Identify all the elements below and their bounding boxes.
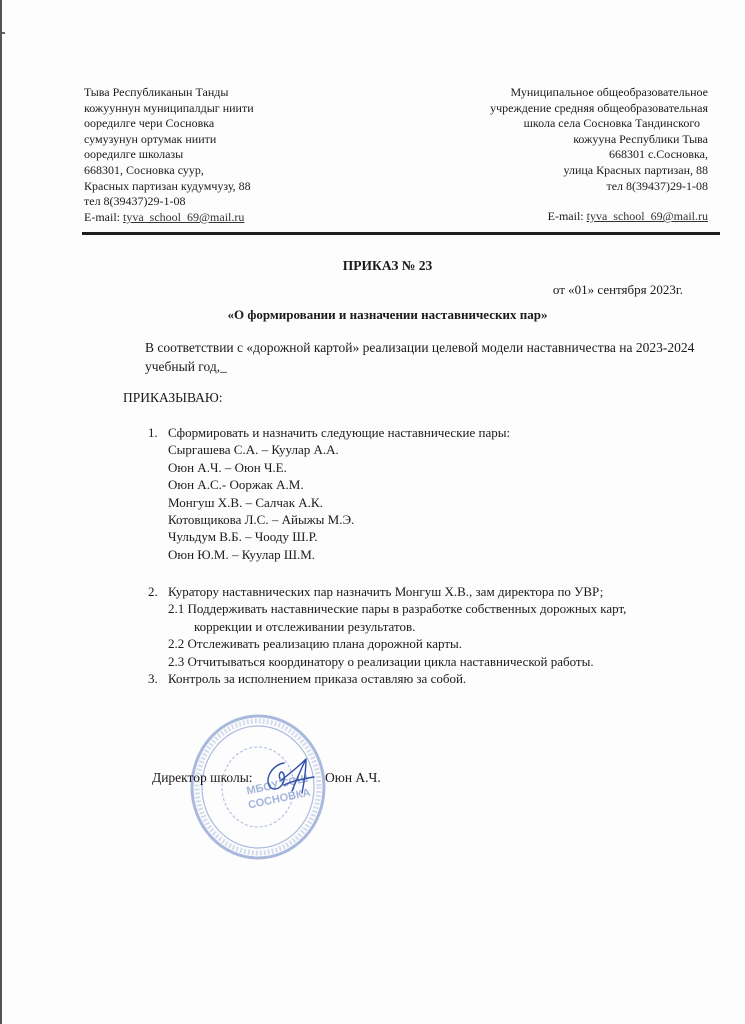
email-label: E-mail: xyxy=(84,210,123,224)
item-number: 1. xyxy=(148,424,168,441)
letterhead-email-row: E-mail: tyva_school_69@mail.ru xyxy=(490,209,708,225)
email-label: E-mail: xyxy=(548,209,587,223)
order-directive: ПРИКАЗЫВАЮ: xyxy=(123,390,223,406)
subitem-2-1: 2.1 Поддерживать наставнические пары в р… xyxy=(148,600,718,635)
order-subject: «О формировании и назначении наставничес… xyxy=(0,307,745,323)
item-1-heading: 1.Сформировать и назначить следующие нас… xyxy=(148,424,510,441)
subitem-2-3: 2.3 Отчитываться координатору о реализац… xyxy=(148,653,718,670)
mentor-pair: Оюн А.С.- Ооржак А.М. xyxy=(148,476,510,493)
item-number: 2. xyxy=(148,583,168,600)
letterhead-email-row: E-mail: tyva_school_69@mail.ru xyxy=(84,210,254,226)
letterhead-line: Красных партизан кудумчузу, 88 xyxy=(84,179,254,195)
scan-edge xyxy=(0,0,2,1024)
letterhead-line: тел 8(39437)29-1-08 xyxy=(490,179,708,195)
email-link[interactable]: tyva_school_69@mail.ru xyxy=(123,210,244,224)
item-2-and-3: 2.Куратору наставнических пар назначить … xyxy=(148,583,718,687)
letterhead-line: сумузунун ортумак ниити xyxy=(84,132,254,148)
letterhead-line: ооредилге школазы xyxy=(84,147,254,163)
letterhead-line: Муниципальное общеобразовательное xyxy=(490,85,708,101)
mentor-pair: Чульдум В.Б. – Чооду Ш.Р. xyxy=(148,528,510,545)
spacer xyxy=(490,194,708,209)
letterhead-line: тел 8(39437)29-1-08 xyxy=(84,194,254,210)
scan-artifact xyxy=(2,32,5,34)
letterhead-line: ооредилге чери Сосновка xyxy=(84,116,254,132)
subitem-text: 2.2 Отслеживать реализацию плана дорожно… xyxy=(168,635,718,652)
subitem-text: 2.3 Отчитываться координатору о реализац… xyxy=(168,653,718,670)
letterhead-line: улица Красных партизан, 88 xyxy=(490,163,708,179)
item-1: 1.Сформировать и назначить следующие нас… xyxy=(148,424,510,563)
order-title: ПРИКАЗ № 23 xyxy=(0,258,745,274)
letterhead-divider xyxy=(82,232,720,235)
item-text: Сформировать и назначить следующие наста… xyxy=(168,425,510,440)
item-3-heading: 3.Контроль за исполнением приказа оставл… xyxy=(148,670,718,687)
subitem-text: 2.1 Поддерживать наставнические пары в р… xyxy=(168,600,718,617)
mentor-pair: Котовщикова Л.С. – Айыжы М.Э. xyxy=(148,511,510,528)
order-date: от «01» сентября 2023г. xyxy=(553,282,683,298)
letterhead-left: Тыва Республиканын Танды кожууннун муниц… xyxy=(84,85,254,225)
letterhead-line: 668301 с.Сосновка, xyxy=(490,147,708,163)
order-preamble: В соответствии с «дорожной картой» реали… xyxy=(145,338,715,376)
letterhead-line: учреждение средняя общеобразовательная xyxy=(490,101,708,117)
item-2-heading: 2.Куратору наставнических пар назначить … xyxy=(148,583,718,600)
letterhead-right: Муниципальное общеобразовательное учрежд… xyxy=(490,85,708,225)
letterhead-line: Тыва Республиканын Танды xyxy=(84,85,254,101)
item-text: Куратору наставнических пар назначить Мо… xyxy=(168,584,603,599)
letterhead-line: 668301, Сосновка суур, xyxy=(84,163,254,179)
mentor-pair: Оюн Ю.М. – Куулар Ш.М. xyxy=(148,546,510,563)
subitem-continuation: коррекции и отслеживании результатов. xyxy=(168,618,718,635)
item-text: Контроль за исполнением приказа оставляю… xyxy=(168,671,466,686)
mentor-pair: Оюн А.Ч. – Оюн Ч.Е. xyxy=(148,459,510,476)
mentor-pair: Монгуш Х.В. – Салчак А.К. xyxy=(148,494,510,511)
letterhead-line: кожууннун муниципалдыг ниити xyxy=(84,101,254,117)
email-link[interactable]: tyva_school_69@mail.ru xyxy=(587,209,708,223)
signatory-name: Оюн А.Ч. xyxy=(325,770,381,786)
signature-position: Директор школы: xyxy=(152,770,253,786)
handwritten-signature-icon xyxy=(262,757,318,795)
mentor-pair: Сыргашева С.А. – Куулар А.А. xyxy=(148,441,510,458)
letterhead-line: школа села Сосновка Тандинского xyxy=(490,116,708,132)
letterhead-line: кожууна Республики Тыва xyxy=(490,132,708,148)
item-number: 3. xyxy=(148,670,168,687)
subitem-2-2: 2.2 Отслеживать реализацию плана дорожно… xyxy=(148,635,718,652)
